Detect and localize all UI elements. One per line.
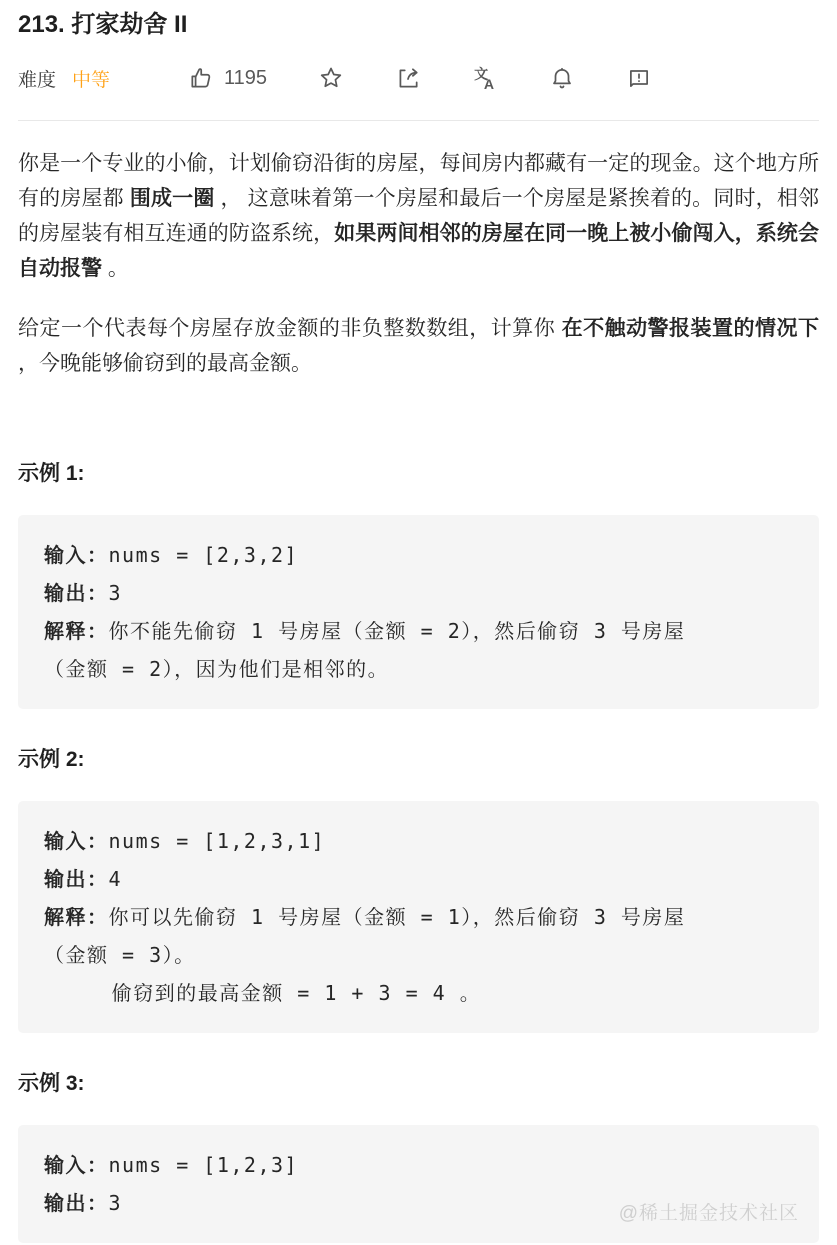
star-icon — [318, 65, 344, 91]
svg-text:A: A — [484, 76, 494, 91]
input-label: 输入： — [44, 1153, 109, 1177]
explanation-text: （金额 = 3）。 — [44, 943, 196, 967]
problem-page: 213. 打家劫舍 II 难度 中等 1195 — [0, 0, 837, 1243]
example-2-heading: 示例 2: — [18, 747, 819, 773]
example-3-heading: 示例 3: — [18, 1071, 819, 1097]
example-1-code-block: 输入：nums = [2,3,2] 输出：3 解释：你不能先偷窃 1 号房屋（金… — [18, 515, 819, 709]
favorite-button[interactable] — [318, 65, 344, 91]
notification-button[interactable] — [549, 65, 575, 91]
example-line: 输入：nums = [2,3,2] — [44, 536, 793, 574]
example-line: （金额 = 2），因为他们是相邻的。 — [44, 650, 793, 688]
description-paragraph-2: 给定一个代表每个房屋存放金额的非负整数数组，计算你 在不触动警报装置的情况下 ，… — [18, 311, 819, 381]
example-line: 解释：你不能先偷窃 1 号房屋（金额 = 2），然后偷窃 3 号房屋 — [44, 612, 793, 650]
output-label: 输出： — [44, 581, 109, 605]
explanation-text: 偷窃到的最高金额 = 1 + 3 = 4 。 — [44, 981, 481, 1005]
output-value: 3 — [109, 1191, 123, 1215]
example-3-code-block: 输入：nums = [1,2,3] 输出：3 @稀土掘金技术社区 — [18, 1125, 819, 1243]
example-line: （金额 = 3）。 — [44, 936, 793, 974]
watermark: @稀土掘金技术社区 — [619, 1195, 799, 1233]
output-label: 输出： — [44, 867, 109, 891]
meta-action-bar: 难度 中等 1195 — [18, 62, 819, 94]
share-button[interactable] — [395, 65, 421, 91]
input-value: nums = [1,2,3,1] — [109, 829, 326, 853]
description-text: 给定一个代表每个房屋存放金额的非负整数数组，计算你 — [18, 317, 562, 340]
share-icon — [395, 65, 421, 91]
description-paragraph-1: 你是一个专业的小偷，计划偷窃沿街的房屋，每间房内都藏有一定的现金。这个地方所有的… — [18, 146, 819, 286]
description-bold-text: 围成一圈 — [130, 187, 215, 210]
description-text: ，今晚能够偷窃到的最高金额。 — [18, 352, 312, 375]
translate-button[interactable]: 文 A — [472, 65, 498, 91]
divider — [18, 120, 819, 121]
description-text: 。 — [102, 257, 129, 280]
input-label: 输入： — [44, 829, 109, 853]
example-line: 输出：4 — [44, 860, 793, 898]
thumbs-up-icon — [188, 65, 214, 91]
input-value: nums = [1,2,3] — [109, 1153, 299, 1177]
feedback-button[interactable] — [626, 65, 652, 91]
bell-icon — [549, 65, 575, 91]
example-line: 偷窃到的最高金额 = 1 + 3 = 4 。 — [44, 974, 793, 1012]
like-button[interactable]: 1195 — [188, 65, 267, 91]
example-line: 输入：nums = [1,2,3] — [44, 1146, 793, 1184]
output-value: 4 — [109, 867, 123, 891]
translate-icon: 文 A — [472, 65, 498, 91]
page-title: 213. 打家劫舍 II — [18, 8, 819, 42]
explanation-label: 解释： — [44, 905, 109, 929]
output-label: 输出： — [44, 1191, 109, 1215]
difficulty-badge: 中等 — [72, 65, 110, 92]
example-line: 解释：你可以先偷窃 1 号房屋（金额 = 1），然后偷窃 3 号房屋 — [44, 898, 793, 936]
feedback-icon — [626, 65, 652, 91]
explanation-text: 你不能先偷窃 1 号房屋（金额 = 2），然后偷窃 3 号房屋 — [109, 619, 686, 643]
like-count: 1195 — [224, 67, 267, 90]
explanation-label: 解释： — [44, 619, 109, 643]
explanation-text: 你可以先偷窃 1 号房屋（金额 = 1），然后偷窃 3 号房屋 — [109, 905, 686, 929]
output-value: 3 — [109, 581, 123, 605]
example-1-heading: 示例 1: — [18, 461, 819, 487]
description-bold-text: 在不触动警报装置的情况下 — [562, 317, 819, 340]
input-label: 输入： — [44, 543, 109, 567]
difficulty-label: 难度 — [18, 65, 56, 92]
example-2-code-block: 输入：nums = [1,2,3,1] 输出：4 解释：你可以先偷窃 1 号房屋… — [18, 801, 819, 1033]
example-line: 输入：nums = [1,2,3,1] — [44, 822, 793, 860]
example-line: 输出：3 — [44, 574, 793, 612]
explanation-text: （金额 = 2），因为他们是相邻的。 — [44, 657, 389, 681]
input-value: nums = [2,3,2] — [109, 543, 299, 567]
